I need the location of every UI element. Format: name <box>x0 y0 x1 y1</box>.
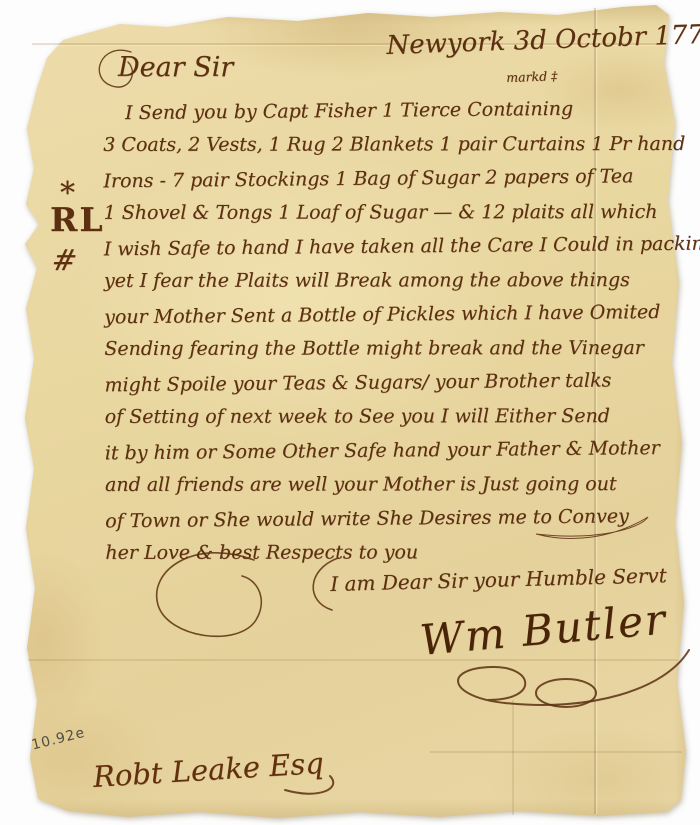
letter-line: Sending fearing the Bottle might break a… <box>104 331 700 366</box>
letter-line: it by him or Some Other Safe hand your F… <box>105 430 700 470</box>
letter-line: 3 Coats, 2 Vests, 1 Rug 2 Blankets 1 pai… <box>103 127 700 162</box>
letter-line: I wish Safe to hand I have taken all the… <box>104 226 700 266</box>
letter-line: and all friends are well your Mother is … <box>105 467 700 502</box>
letter-line: might Spoile your Teas & Sugars/ your Br… <box>104 362 700 402</box>
letter-line: of Setting of next week to See you I wil… <box>105 399 700 434</box>
letter-line: 1 Shovel & Tongs 1 Loaf of Sugar — & 12 … <box>104 195 700 230</box>
letter-body: I Send you by Capt Fisher 1 Tierce Conta… <box>103 92 700 571</box>
letter-line: of Town or She would write She Desires m… <box>105 498 700 538</box>
margin-mark-initials: RL <box>50 200 105 239</box>
marked-annotation: markd ‡ <box>506 68 558 85</box>
salutation: Dear Sir <box>118 52 233 83</box>
letter-scan: Newyork 3d Octobr 1771 Dear Sir markd ‡ … <box>0 0 700 825</box>
letter-line: I Send you by Capt Fisher 1 Tierce Conta… <box>103 90 700 130</box>
letter-line: yet I fear the Plaits will Break among t… <box>104 263 700 298</box>
letter-line: your Mother Sent a Bottle of Pickles whi… <box>104 294 700 334</box>
letter-line: Irons - 7 pair Stockings 1 Bag of Sugar … <box>103 158 700 198</box>
